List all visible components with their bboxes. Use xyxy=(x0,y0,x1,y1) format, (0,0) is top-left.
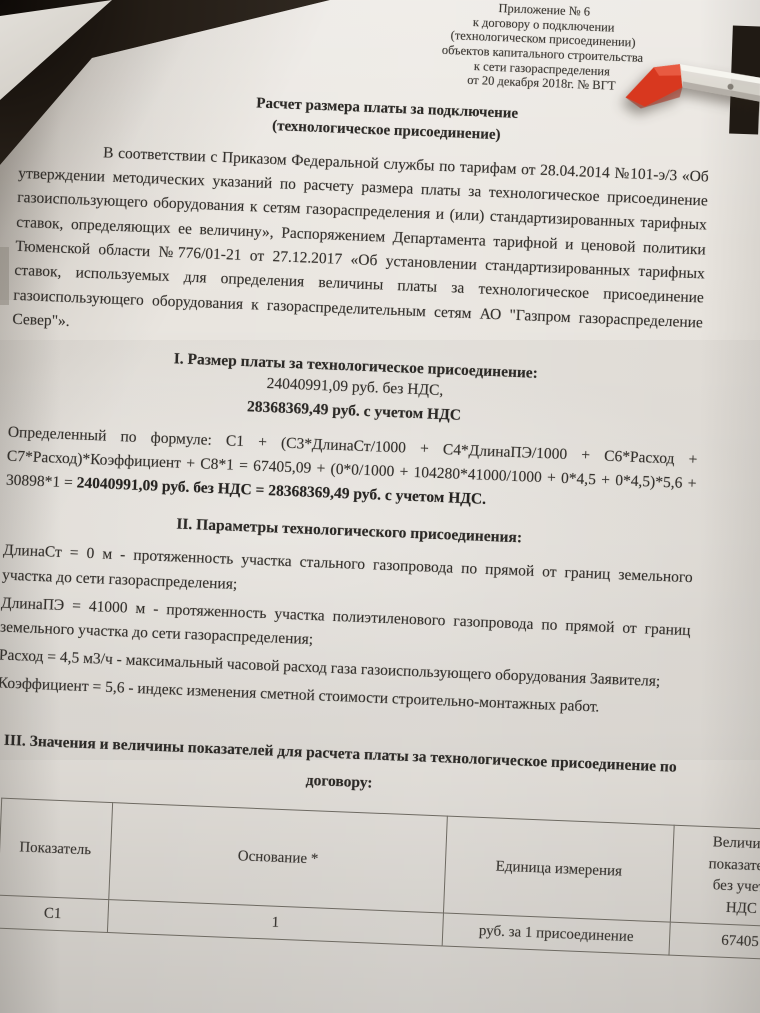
header-pokazatel: Показатель xyxy=(0,799,113,900)
header-velichina: Величина показателя без учета НДС xyxy=(670,826,760,929)
section3-heading: III. Значения и величины показателей для… xyxy=(0,726,683,809)
document-content: Приложение № 6 к договору о подключении … xyxy=(0,0,715,956)
under-sheet-notch xyxy=(0,247,9,305)
cell-velichina: 67405 xyxy=(669,923,760,962)
intro-paragraph: В соответствии с Приказом Федеральной сл… xyxy=(12,138,709,360)
pen-icon xyxy=(610,53,760,134)
header-edinica: Единица измерения xyxy=(443,817,674,923)
pen-overlay xyxy=(610,53,760,134)
header-osnovanie: Основание * xyxy=(109,803,448,913)
cell-pokazatel: С1 xyxy=(0,896,109,933)
parameters-list: ДлинаСт = 0 м - протяженность участка ст… xyxy=(0,538,693,723)
formula-paragraph: Определенный по формуле: С1 + (С3*ДлинаС… xyxy=(5,421,697,521)
photographed-document: { "photo": { "background_color": "#3b332… xyxy=(0,0,760,1013)
